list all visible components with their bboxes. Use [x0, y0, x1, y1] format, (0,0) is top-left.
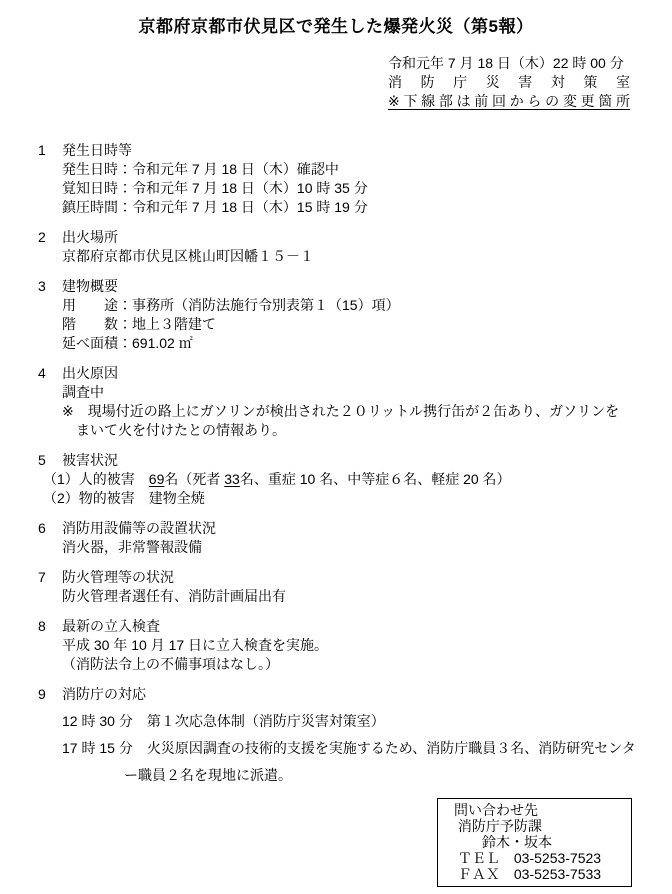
- section-line: 平成 30 年 10 月 17 日に立入検査を実施。: [62, 636, 672, 655]
- section-7: 7防火管理等の状況防火管理者選任有、消防計画届出有: [38, 568, 672, 606]
- report-datetime: 令和元年 7 月 18 日（木）22 時 00 分: [388, 54, 630, 73]
- contact-line: ＦＡＸ 03-5253-7533: [454, 866, 627, 882]
- section-2: 2出火場所京都府京都市伏見区桃山町因幡１５－１: [38, 228, 672, 266]
- contact-line: 問い合わせ先: [454, 802, 627, 818]
- text-segment: （消防法令上の不備事項はなし。）: [62, 656, 279, 672]
- section-title: 防火管理等の状況: [62, 568, 174, 587]
- section-line: 鎮圧時間：令和元年 7 月 18 日（木）15 時 19 分: [62, 198, 672, 217]
- text-segment: ー職員２名を現地に派遣。: [124, 767, 292, 783]
- text-segment: 用 途：事務所（消防法施行令別表第１（15）項）: [62, 297, 400, 313]
- text-segment: 17 時 15 分 火災原因調査の技術的支援を実施するため、消防庁職員３名、消防…: [62, 740, 636, 756]
- section-8: 8最新の立入検査平成 30 年 10 月 17 日に立入検査を実施。（消防法令上…: [38, 617, 672, 674]
- section-4: 4出火原因調査中※ 現場付近の路上にガソリンが検出された２０リットル携行缶が２缶…: [38, 364, 672, 440]
- text-segment: 防火管理者選任有、消防計画届出有: [62, 588, 286, 604]
- contact-line: 鈴木・坂本: [454, 834, 627, 850]
- section-line: 京都府京都市伏見区桃山町因幡１５－１: [62, 247, 672, 266]
- section-line: （1）人的被害 69名（死者 33名、重症 10 名、中等症６名、軽症 20 名…: [43, 470, 672, 489]
- section-line: 防火管理者選任有、消防計画届出有: [62, 587, 672, 606]
- section-line: 調査中: [62, 383, 672, 402]
- section-number: 4: [38, 364, 62, 383]
- text-segment: ※ 現場付近の路上にガソリンが検出された２０リットル携行缶が２缶あり、ガソリンを: [62, 403, 619, 419]
- section-title: 消防用設備等の設置状況: [62, 519, 216, 538]
- section-title: 消防庁の対応: [62, 685, 146, 704]
- section-title: 建物概要: [62, 277, 118, 296]
- section-title: 最新の立入検査: [62, 617, 160, 636]
- section-number: 9: [38, 685, 62, 704]
- section-line: 消火器，非常警報設備: [62, 538, 672, 557]
- section-line: 階 数：地上３階建て: [62, 315, 672, 334]
- section-heading: 8最新の立入検査: [38, 617, 672, 636]
- section-6: 6消防用設備等の設置状況消火器，非常警報設備: [38, 519, 672, 557]
- section-heading: 5被害状況: [38, 451, 672, 470]
- text-segment: 鎮圧時間：令和元年 7 月 18 日（木）15 時 19 分: [62, 199, 368, 215]
- text-segment: 延べ面積：691.02 ㎡: [62, 335, 193, 351]
- issuing-office: 消防庁災害対策室: [388, 73, 630, 92]
- section-number: 1: [38, 141, 62, 160]
- section-line: 17 時 15 分 火災原因調査の技術的支援を実施するため、消防庁職員３名、消防…: [62, 739, 672, 758]
- section-heading: 4出火原因: [38, 364, 672, 383]
- section-line: ※ 現場付近の路上にガソリンが検出された２０リットル携行缶が２缶あり、ガソリンを: [62, 402, 672, 421]
- section-title: 出火場所: [62, 228, 118, 247]
- text-segment: 12 時 30 分 第１次応急体制（消防庁災害対策室）: [62, 713, 385, 729]
- section-number: 5: [38, 451, 62, 470]
- underline-note: ※下線部は前回からの変更箇所: [388, 92, 630, 111]
- section-heading: 7防火管理等の状況: [38, 568, 672, 587]
- section-line: まいて火を付けたとの情報あり。: [76, 421, 672, 440]
- section-line: （2）物的被害 建物全焼: [43, 489, 672, 508]
- text-segment: まいて火を付けたとの情報あり。: [76, 422, 286, 438]
- section-title: 発生日時等: [62, 141, 132, 160]
- section-heading: 9消防庁の対応: [38, 685, 672, 704]
- section-line: 発生日時：令和元年 7 月 18 日（木）確認中: [62, 160, 672, 179]
- section-heading: 3建物概要: [38, 277, 672, 296]
- section-title: 被害状況: [62, 451, 118, 470]
- text-segment: 平成 30 年 10 月 17 日に立入検査を実施。: [62, 637, 328, 653]
- section-heading: 6消防用設備等の設置状況: [38, 519, 672, 538]
- report-header: 令和元年 7 月 18 日（木）22 時 00 分 消防庁災害対策室 ※下線部は…: [388, 54, 630, 111]
- section-heading: 1発生日時等: [38, 141, 672, 160]
- contact-box: 問い合わせ先 消防庁予防課 鈴木・坂本 ＴＥＬ 03-5253-7523 ＦＡＸ…: [437, 798, 632, 887]
- fire-report-page: 京都府京都市伏見区で発生した爆発火災（第5報） 令和元年 7 月 18 日（木）…: [0, 0, 672, 894]
- text-segment: 覚知日時：令和元年 7 月 18 日（木）10 時 35 分: [62, 180, 368, 196]
- changed-value: 33: [224, 471, 240, 487]
- section-3: 3建物概要用 途：事務所（消防法施行令別表第１（15）項）階 数：地上３階建て延…: [38, 277, 672, 353]
- section-1: 1発生日時等発生日時：令和元年 7 月 18 日（木）確認中覚知日時：令和元年 …: [38, 141, 672, 217]
- section-number: 2: [38, 228, 62, 247]
- text-segment: 階 数：地上３階建て: [62, 316, 216, 332]
- section-line: 12 時 30 分 第１次応急体制（消防庁災害対策室）: [62, 712, 672, 731]
- sections-container: 1発生日時等発生日時：令和元年 7 月 18 日（木）確認中覚知日時：令和元年 …: [38, 141, 672, 785]
- text-segment: （1）人的被害: [43, 471, 149, 487]
- section-9: 9消防庁の対応12 時 30 分 第１次応急体制（消防庁災害対策室）17 時 1…: [38, 685, 672, 785]
- text-segment: 消火器，非常警報設備: [62, 539, 202, 555]
- changed-value: 69: [149, 471, 165, 487]
- section-line: （消防法令上の不備事項はなし。）: [62, 655, 672, 674]
- section-number: 6: [38, 519, 62, 538]
- text-segment: 名（死者: [164, 471, 224, 487]
- section-line: 覚知日時：令和元年 7 月 18 日（木）10 時 35 分: [62, 179, 672, 198]
- section-number: 7: [38, 568, 62, 587]
- section-title: 出火原因: [62, 364, 118, 383]
- text-segment: （2）物的被害 建物全焼: [43, 490, 205, 506]
- section-number: 3: [38, 277, 62, 296]
- section-line: 用 途：事務所（消防法施行令別表第１（15）項）: [62, 296, 672, 315]
- section-line: ー職員２名を現地に派遣。: [124, 766, 672, 785]
- contact-line: 消防庁予防課: [454, 818, 627, 834]
- section-number: 8: [38, 617, 62, 636]
- section-5: 5被害状況（1）人的被害 69名（死者 33名、重症 10 名、中等症６名、軽症…: [38, 451, 672, 508]
- section-heading: 2出火場所: [38, 228, 672, 247]
- text-segment: 発生日時：令和元年 7 月 18 日（木）確認中: [62, 161, 339, 177]
- page-title: 京都府京都市伏見区で発生した爆発火災（第5報）: [0, 0, 672, 38]
- text-segment: 名、重症 10 名、中等症６名、軽症 20 名）: [240, 471, 511, 487]
- contact-line: ＴＥＬ 03-5253-7523: [454, 850, 627, 866]
- text-segment: 京都府京都市伏見区桃山町因幡１５－１: [62, 248, 314, 264]
- section-line: 延べ面積：691.02 ㎡: [62, 334, 672, 353]
- text-segment: 調査中: [62, 384, 104, 400]
